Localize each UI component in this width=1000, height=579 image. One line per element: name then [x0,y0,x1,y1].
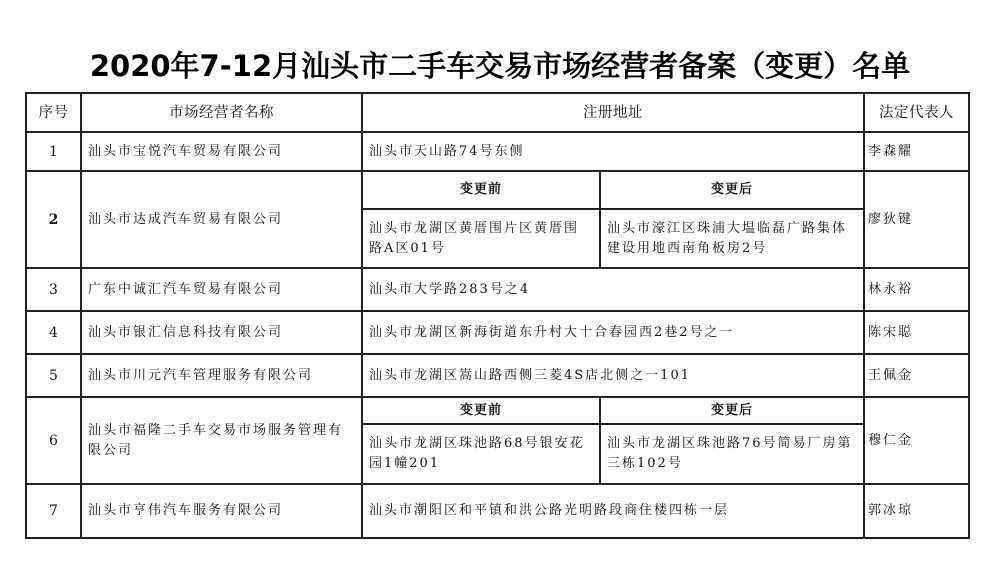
row-4-address: 汕头市龙湖区新海街道东升村大十合春园西2巷2号之一 [363,312,863,353]
row-7-name: 汕头市亨伟汽车服务有限公司 [82,485,361,537]
row-1-name: 汕头市宝悦汽车贸易有限公司 [82,133,361,170]
row-4-name: 汕头市银汇信息科技有限公司 [82,312,361,353]
row-5-index: 5 [27,355,80,396]
row-1-index: 1 [27,133,80,170]
row-2-address-after: 汕头市濠江区珠浦大塭临磊广路集体建设用地西南角板房2号 [601,210,863,267]
row-6-address-before: 汕头市龙湖区珠池路68号银安花园1幢201 [363,425,599,483]
row-2-legal-rep: 廖狄键 [865,172,968,267]
row-6-before-label: 变更前 [363,398,599,423]
row-6-name: 汕头市福隆二手车交易市场服务管理有限公司 [82,398,361,483]
row-1-address: 汕头市天山路74号东侧 [363,133,863,170]
row-2-after-label: 变更后 [601,172,863,208]
registration-table: 序号 市场经营者名称 注册地址 法定代表人 1 汕头市宝悦汽车贸易有限公司 汕头… [0,0,1000,579]
row-6-legal-rep: 穆仁金 [865,398,968,483]
row-7-address: 汕头市潮阳区和平镇和洪公路光明路段商住楼四栋一层 [363,485,863,537]
row-5-legal-rep: 王佩金 [865,355,968,396]
row-5-name: 汕头市川元汽车管理服务有限公司 [82,355,361,396]
row-5-address: 汕头市龙湖区嵩山路西侧三菱4S店北侧之一101 [363,355,863,396]
row-1-legal-rep: 李森耀 [865,133,968,170]
row-2-name: 汕头市达成汽车贸易有限公司 [82,172,361,267]
row-3-address: 汕头市大学路283号之4 [363,269,863,310]
row-3-name: 广东中诚汇汽车贸易有限公司 [82,269,361,310]
table-border-right [968,92,970,539]
row-7-index: 7 [27,485,80,537]
header-index: 序号 [27,94,80,131]
row-2-before-label: 变更前 [363,172,599,208]
row-3-legal-rep: 林永裕 [865,269,968,310]
row-3-index: 3 [27,269,80,310]
row-2-index: 2 [27,172,80,267]
table-border-bottom [25,537,970,539]
row-6-index: 6 [27,398,80,483]
row-7-legal-rep: 郭冰琼 [865,485,968,537]
row-4-legal-rep: 陈宋聪 [865,312,968,353]
header-name: 市场经营者名称 [82,94,361,131]
row-6-after-label: 变更后 [601,398,863,423]
row-6-address-after: 汕头市龙湖区珠池路76号简易厂房第三栋102号 [601,425,863,483]
header-address: 注册地址 [363,94,863,131]
row-4-index: 4 [27,312,80,353]
row-2-address-before: 汕头市龙湖区黄厝围片区黄厝围路A区01号 [363,210,599,267]
header-legal-rep: 法定代表人 [865,94,968,131]
